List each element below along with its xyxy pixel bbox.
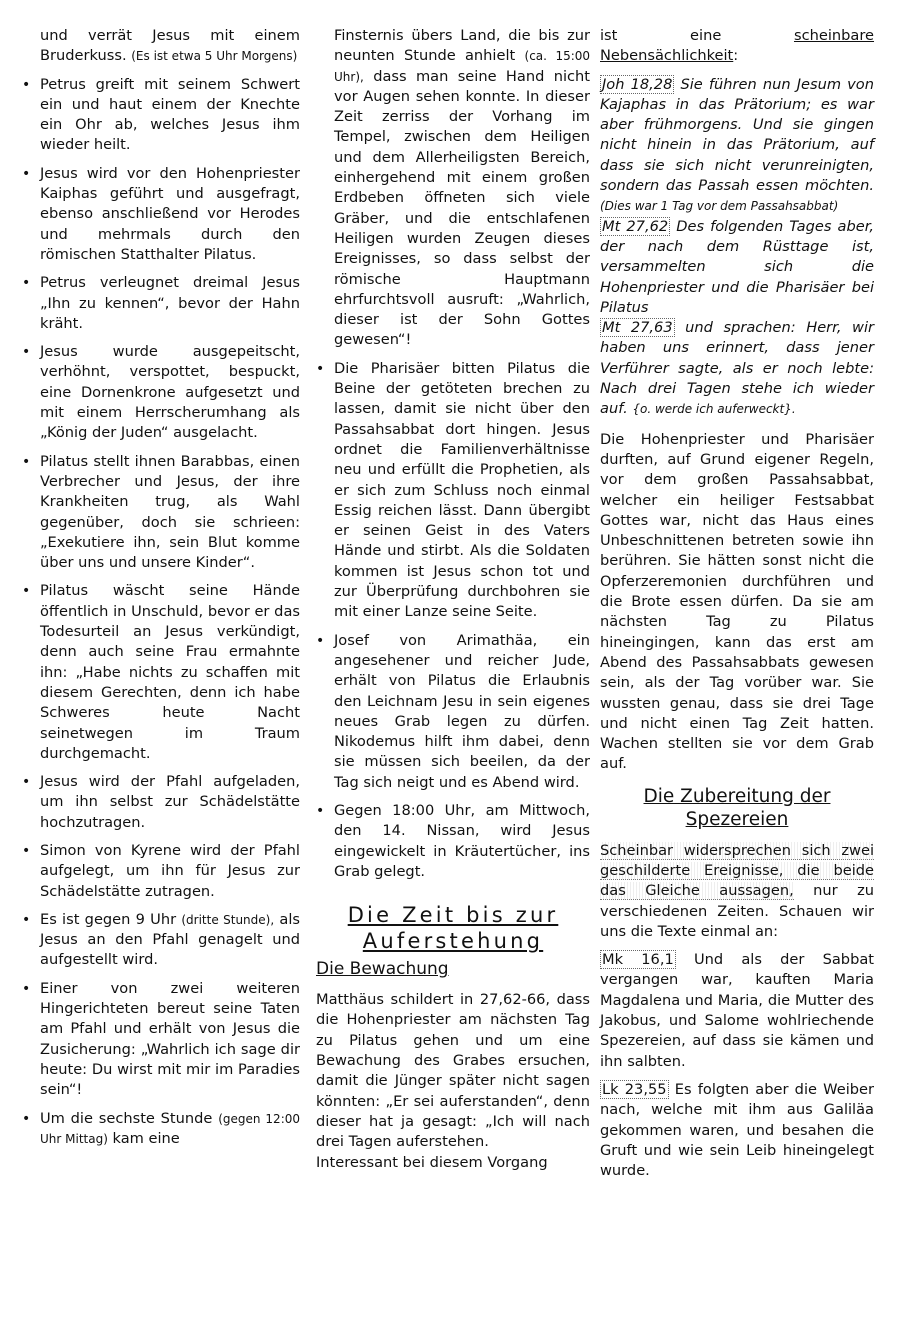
item-text: Um die sechste Stunde — [40, 1110, 212, 1127]
list-item: Jesus wird vor den Hohenpriester Kaiphas… — [22, 164, 300, 265]
list-item: Josef von Arimathäa, ein angesehener und… — [316, 631, 590, 793]
verse-quote: Mk 16,1 Und als der Sabbat vergangen war… — [600, 950, 874, 1072]
section-heading: Die Zubereitung der Spezereien — [600, 785, 874, 831]
list-item: Gegen 18:00 Uhr, am Mittwoch, den 14. Ni… — [316, 801, 590, 882]
subsection-heading: Die Bewachung — [316, 958, 590, 980]
verse-reference: Lk 23,55 — [600, 1080, 669, 1099]
event-list: Die Pharisäer bitten Pilatus die Beine d… — [316, 359, 590, 882]
verse-quote: Joh 18,28 Sie führen nun Jesum von Kajap… — [600, 75, 874, 217]
list-item: Um die sechste Stunde (gegen 12:00 Uhr M… — [22, 1109, 300, 1150]
event-list: Petrus greift mit seinem Schwert ein und… — [22, 75, 300, 1150]
verse-reference: Mt 27,63 — [600, 318, 675, 337]
body-paragraph: Scheinbar widersprechen sich zwei geschi… — [600, 841, 874, 942]
continuation-text: dass man seine Hand nicht vor Augen sehe… — [334, 68, 590, 349]
section-heading: Die Zeit bis zur Auferstehung — [316, 902, 590, 954]
item-note: (dritte Stunde), — [181, 913, 274, 927]
verse-reference: Mk 16,1 — [600, 950, 676, 969]
intro-note: (Es ist etwa 5 Uhr Morgens) — [131, 49, 297, 63]
intro-paragraph: und verrät Jesus mit einem Bruderkuss. (… — [22, 26, 300, 67]
body-paragraph: Die Hohenpriester und Pharisäer durften,… — [600, 430, 874, 775]
item-text: kam eine — [113, 1130, 180, 1147]
item-text: Es ist gegen 9 Uhr — [40, 911, 176, 928]
list-item: Petrus greift mit seinem Schwert ein und… — [22, 75, 300, 156]
list-item: Pilatus wäscht seine Hände öffentlich in… — [22, 581, 300, 764]
intro-text: ist eine — [600, 27, 721, 44]
body-paragraph: Matthäus schildert in 27,62-66, dass die… — [316, 990, 590, 1152]
intro-paragraph: ist eine scheinbare Nebensächlichkeit: — [600, 26, 874, 67]
verse-quote: Mt 27,63 und sprachen: Herr, wir haben u… — [600, 318, 874, 419]
intro-punct: : — [733, 47, 738, 64]
list-item: Simon von Kyrene wird der Pfahl aufgeleg… — [22, 841, 300, 902]
verse-note: (Dies war 1 Tag vor dem Passahsabbat) — [600, 199, 838, 213]
verse-quote: Lk 23,55 Es folgten aber die Weiber nach… — [600, 1080, 874, 1181]
verse-note: {o. werde ich auferweckt}. — [632, 402, 795, 416]
verse-reference: Joh 18,28 — [600, 75, 674, 94]
column-1: und verrät Jesus mit einem Bruderkuss. (… — [22, 26, 300, 1157]
body-paragraph: Interessant bei diesem Vorgang — [316, 1153, 590, 1173]
list-item: Petrus verleugnet dreimal Jesus „Ihn zu … — [22, 273, 300, 334]
verse-quote: Mt 27,62 Des folgenden Tages aber, der n… — [600, 217, 874, 318]
verse-reference: Mt 27,62 — [600, 217, 670, 236]
list-item: Jesus wird der Pfahl aufgeladen, um ihn … — [22, 772, 300, 833]
list-item: Jesus wurde ausgepeitscht, verhöhnt, ver… — [22, 342, 300, 443]
list-item: Die Pharisäer bitten Pilatus die Beine d… — [316, 359, 590, 623]
continuation-paragraph: Finsternis übers Land, die bis zur neunt… — [316, 26, 590, 351]
list-item: Pilatus stellt ihnen Barabbas, einen Ver… — [22, 452, 300, 574]
list-item: Es ist gegen 9 Uhr (dritte Stunde), als … — [22, 910, 300, 971]
column-2: Finsternis übers Land, die bis zur neunt… — [316, 26, 590, 1181]
column-3: ist eine scheinbare Nebensächlichkeit: J… — [600, 26, 874, 1189]
list-item: Einer von zwei weiteren Hingerichteten b… — [22, 979, 300, 1101]
